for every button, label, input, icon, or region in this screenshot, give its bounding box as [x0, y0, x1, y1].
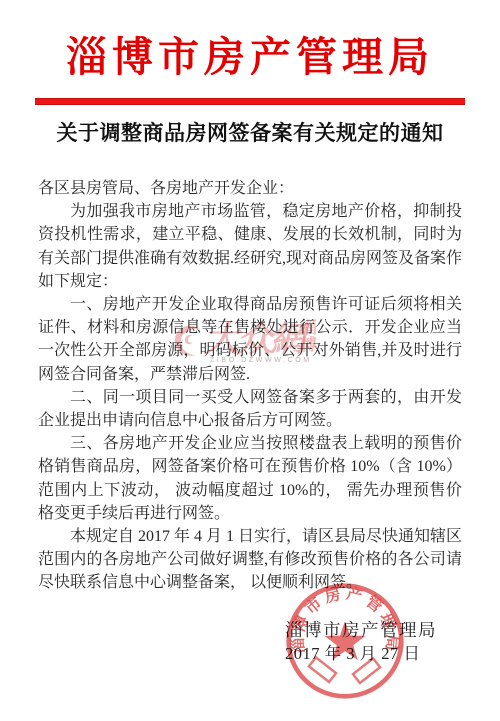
- letterhead-divider-line: [35, 98, 465, 105]
- paragraph-item-2: 二、同一项目同一买受人网签备案多于两套的，由开发企业提出申请向信息中心报备后方可…: [38, 386, 462, 432]
- seal-bottom-marks: [309, 657, 380, 683]
- letterhead-org-name: 淄博市房产管理局: [0, 34, 500, 80]
- document-body: 各区县房管局、各房地产开发企业： 为加强我市房地产市场监管，稳定房地产价格，抑制…: [0, 177, 500, 595]
- star-icon: [325, 621, 366, 660]
- document-title: 关于调整商品房网签备案有关规定的通知: [0, 121, 500, 147]
- paragraph-item-1: 一、房地产开发企业取得商品房预售许可证后须将相关证件、材料和房源信息等在售楼处进…: [38, 293, 462, 386]
- official-seal: 淄博市房产管理局: [281, 577, 409, 705]
- paragraph-item-3: 三、各房地产开发企业应当按照楼盘表上载明的预售价格销售商品房，网签备案价格可在预…: [38, 432, 462, 525]
- paragraph-intro: 为加强我市房地产市场监管，稳定房地产价格，抑制投资投机性需求，建立平稳、健康、发…: [38, 200, 462, 293]
- document-page: 淄博市房产管理局 关于调整商品房网签备案有关规定的通知 各区县房管局、各房地产开…: [0, 0, 500, 721]
- salutation-line: 各区县房管局、各房地产开发企业：: [38, 177, 462, 200]
